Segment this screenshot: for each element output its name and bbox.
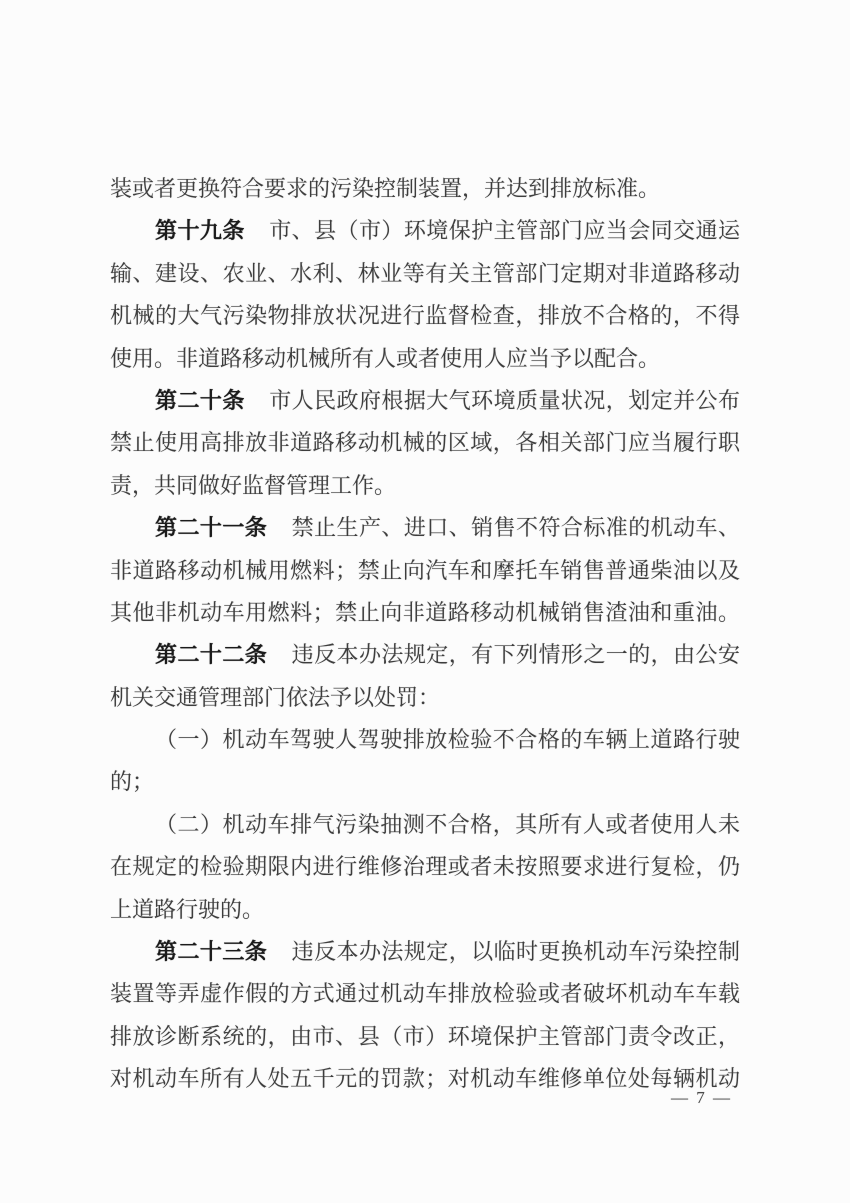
list-item-line: （一）机动车驾驶人驾驶排放检验不合格的车辆上道路行驶 xyxy=(110,719,740,761)
article-number: 第二十三条 xyxy=(155,939,267,964)
line-text: 上道路行驶的。 xyxy=(110,897,264,922)
text-line: 机械的大气污染物排放状况进行监督检查，排放不合格的，不得 xyxy=(110,295,740,337)
text-line: 非道路移动机械用燃料；禁止向汽车和摩托车销售普通柴油以及 xyxy=(110,550,740,592)
line-text: 机关交通管理部门依法予以处罚： xyxy=(110,685,440,710)
article-heading-line: 第二十三条违反本办法规定，以临时更换机动车污染控制 xyxy=(110,931,740,973)
text-line: 排放诊断系统的，由市、县（市）环境保护主管部门责令改正， xyxy=(110,1016,740,1058)
text-line: 上道路行驶的。 xyxy=(110,889,740,931)
text-line: 装置等弄虚作假的方式通过机动车排放检验或者破坏机动车车载 xyxy=(110,973,740,1015)
article-heading-line: 第二十条市人民政府根据大气环境质量状况，划定并公布 xyxy=(110,380,740,422)
text-line: 机关交通管理部门依法予以处罚： xyxy=(110,677,740,719)
line-text: （二）机动车排气污染抽测不合格，其所有人或者使用人未 xyxy=(155,812,740,837)
line-text: 违反本办法规定，以临时更换机动车污染控制 xyxy=(291,939,740,964)
line-text: 在规定的检验期限内进行维修治理或者未按照要求进行复检，仍 xyxy=(110,854,740,879)
line-text: 违反本办法规定，有下列情形之一的，由公安 xyxy=(291,642,740,667)
line-text: 使用。非道路移动机械所有人或者使用人应当予以配合。 xyxy=(110,346,660,371)
text-line: 其他非机动车用燃料；禁止向非道路移动机械销售渣油和重油。 xyxy=(110,592,740,634)
line-text: 市人民政府根据大气环境质量状况，划定并公布 xyxy=(269,388,740,413)
line-text: 装置等弄虚作假的方式通过机动车排放检验或者破坏机动车车载 xyxy=(110,981,740,1006)
text-block: 装或者更换符合要求的污染控制装置，并达到排放标准。 第十九条市、县（市）环境保护… xyxy=(110,168,740,1101)
document-page: 装或者更换符合要求的污染控制装置，并达到排放标准。 第十九条市、县（市）环境保护… xyxy=(0,0,850,1203)
text-line: 使用。非道路移动机械所有人或者使用人应当予以配合。 xyxy=(110,338,740,380)
line-text: 输、建设、农业、水利、林业等有关主管部门定期对非道路移动 xyxy=(110,261,740,286)
line-text: 的； xyxy=(110,769,154,794)
text-line: 禁止使用高排放非道路移动机械的区域，各相关部门应当履行职 xyxy=(110,422,740,464)
article-heading-line: 第二十二条违反本办法规定，有下列情形之一的，由公安 xyxy=(110,634,740,676)
text-line: 的； xyxy=(110,761,740,803)
line-text: 对机动车所有人处五千元的罚款；对机动车维修单位处每辆机动 xyxy=(110,1066,740,1091)
article-heading-line: 第二十一条禁止生产、进口、销售不符合标准的机动车、 xyxy=(110,507,740,549)
article-number: 第二十一条 xyxy=(155,515,267,540)
line-text: 市、县（市）环境保护主管部门应当会同交通运 xyxy=(269,218,740,243)
text-line: 在规定的检验期限内进行维修治理或者未按照要求进行复检，仍 xyxy=(110,846,740,888)
text-line: 输、建设、农业、水利、林业等有关主管部门定期对非道路移动 xyxy=(110,253,740,295)
line-text: 装或者更换符合要求的污染控制装置，并达到排放标准。 xyxy=(110,176,660,201)
line-text: 其他非机动车用燃料；禁止向非道路移动机械销售渣油和重油。 xyxy=(110,600,740,625)
line-text: 机械的大气污染物排放状况进行监督检查，排放不合格的，不得 xyxy=(110,303,740,328)
line-text: （一）机动车驾驶人驾驶排放检验不合格的车辆上道路行驶 xyxy=(155,727,740,752)
text-line: 装或者更换符合要求的污染控制装置，并达到排放标准。 xyxy=(110,168,740,210)
line-text: 禁止使用高排放非道路移动机械的区域，各相关部门应当履行职 xyxy=(110,430,740,455)
article-number: 第二十二条 xyxy=(155,642,267,667)
article-number: 第二十条 xyxy=(155,388,245,413)
text-line: 对机动车所有人处五千元的罚款；对机动车维修单位处每辆机动 xyxy=(110,1058,740,1100)
article-heading-line: 第十九条市、县（市）环境保护主管部门应当会同交通运 xyxy=(110,210,740,252)
list-item-line: （二）机动车排气污染抽测不合格，其所有人或者使用人未 xyxy=(110,804,740,846)
line-text: 非道路移动机械用燃料；禁止向汽车和摩托车销售普通柴油以及 xyxy=(110,558,740,583)
line-text: 排放诊断系统的，由市、县（市）环境保护主管部门责令改正， xyxy=(110,1024,740,1049)
text-line: 责，共同做好监督管理工作。 xyxy=(110,465,740,507)
page-number: — 7 — xyxy=(671,1088,732,1108)
article-number: 第十九条 xyxy=(155,218,245,243)
line-text: 禁止生产、进口、销售不符合标准的机动车、 xyxy=(291,515,740,540)
line-text: 责，共同做好监督管理工作。 xyxy=(110,473,396,498)
